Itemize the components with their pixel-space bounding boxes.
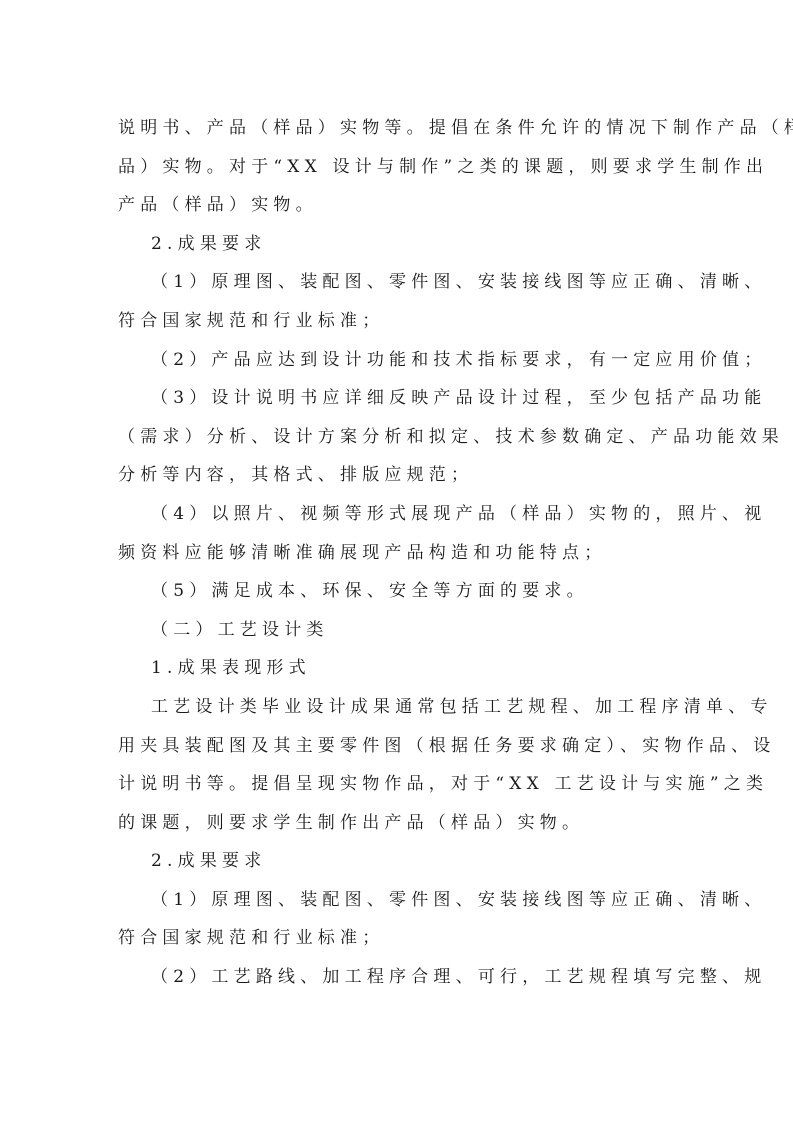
list-item-line: （2）产品应达到设计功能和技术指标要求，有一定应用价值；: [118, 345, 674, 384]
list-item-line: （3）设计说明书应详细反映产品设计过程，至少包括产品功能: [118, 383, 674, 422]
list-item-line: （5）满足成本、环保、安全等方面的要求。: [118, 576, 674, 615]
section-heading: 2.成果要求: [118, 229, 674, 268]
list-item-line: 频资料应能够清晰准确展现产品构造和功能特点；: [118, 538, 674, 577]
subsection-heading: 1.成果表现形式: [118, 653, 674, 692]
list-item-line: 符合国家规范和行业标准；: [118, 923, 674, 962]
list-item-line: （1）原理图、装配图、零件图、安装接线图等应正确、清晰、: [118, 267, 674, 306]
list-item-line: （1）原理图、装配图、零件图、安装接线图等应正确、清晰、: [118, 885, 674, 924]
paragraph-line: 说明书、产品（样品）实物等。提倡在条件允许的情况下制作产品（样: [118, 113, 674, 152]
list-item-line: 分析等内容，其格式、排版应规范；: [118, 460, 674, 499]
paragraph-line: 计说明书等。提倡呈现实物作品，对于“XX 工艺设计与实施”之类: [118, 769, 674, 808]
paragraph-line: 品）实物。对于“XX 设计与制作”之类的课题，则要求学生制作出: [118, 152, 674, 191]
list-item-line: （需求）分析、设计方案分析和拟定、技术参数确定、产品功能效果: [118, 422, 674, 461]
paragraph-line: 产品（样品）实物。: [118, 190, 674, 229]
paragraph-line: 的课题，则要求学生制作出产品（样品）实物。: [118, 808, 674, 847]
paragraph-line: 用夹具装配图及其主要零件图（根据任务要求确定）、实物作品、设: [118, 731, 674, 770]
paragraph-line: 工艺设计类毕业设计成果通常包括工艺规程、加工程序清单、专: [118, 692, 674, 731]
subsection-heading: 2.成果要求: [118, 846, 674, 885]
list-item-line: 符合国家规范和行业标准；: [118, 306, 674, 345]
section-heading: （二）工艺设计类: [118, 615, 674, 654]
list-item-line: （2）工艺路线、加工程序合理、可行，工艺规程填写完整、规: [118, 962, 674, 1001]
list-item-line: （4）以照片、视频等形式展现产品（样品）实物的，照片、视: [118, 499, 674, 538]
document-page: 说明书、产品（样品）实物等。提倡在条件允许的情况下制作产品（样 品）实物。对于“…: [118, 113, 674, 1001]
